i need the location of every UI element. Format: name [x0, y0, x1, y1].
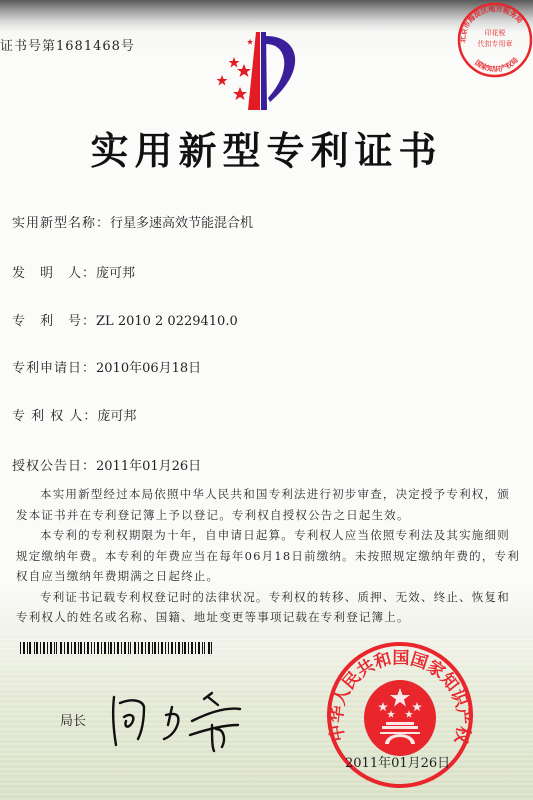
- field-inventor: 发 明 人：庞可邦: [12, 262, 135, 281]
- director-label: 局长: [60, 710, 86, 729]
- certificate-number: 证书号第1681468号: [0, 35, 135, 54]
- tax-seal-line2: 代扣专用章: [478, 39, 513, 48]
- field-value: 行星多速高效节能混合机: [110, 216, 253, 231]
- certificate-body: 本实用新型经过本局依照中华人民共和国专利法进行初步审查，决定授予专利权，颁发本证…: [16, 484, 521, 628]
- field-application-date: 专利申请日：2010年06月18日: [12, 357, 201, 376]
- certificate-title: 实用新型专利证书: [0, 120, 533, 175]
- field-label: 实用新型名称：: [12, 216, 110, 231]
- barcode: [20, 642, 212, 654]
- field-label: 发 明 人：: [12, 266, 96, 281]
- field-label: 授权公告日：: [12, 459, 96, 474]
- stamp-duty-seal-icon: 印花税 代扣专用章 北京市海淀区地方税务局 国家知识产权局: [435, 0, 533, 88]
- field-grant-date: 授权公告日：2011年01月26日: [12, 455, 201, 474]
- certificate-page: 证书号第1681468号 印花税 代扣专用章 北京市海淀区地方税务局 国家知识产…: [0, 0, 533, 800]
- sipo-logo-icon: [200, 30, 310, 110]
- body-paragraph-status: 专利证书记载专利权登记时的法律状况。专利权的转移、质押、无效、终止、恢复和专利权…: [16, 587, 521, 628]
- field-patentee: 专 利 权 人：庞可邦: [12, 405, 136, 424]
- field-value: ZL 2010 2 0229410.0: [96, 314, 238, 329]
- field-value: 2010年06月18日: [96, 361, 201, 376]
- field-label: 专 利 号：: [12, 314, 96, 329]
- director-signature: 田力普: [108, 685, 248, 755]
- national-emblem-icon: [364, 680, 436, 756]
- tax-seal-line1: 印花税: [485, 28, 506, 37]
- field-utility-model-name: 实用新型名称：行星多速高效节能混合机: [12, 212, 253, 231]
- body-paragraph-term: 本专利的专利权期限为十年，自申请日起算。专利权人应当依照专利法及其实施细则规定缴…: [16, 525, 521, 587]
- field-value: 庞可邦: [96, 266, 135, 281]
- body-paragraph-grant: 本实用新型经过本局依照中华人民共和国专利法进行初步审查，决定授予专利权，颁发本证…: [16, 484, 521, 525]
- field-value: 庞可邦: [97, 409, 136, 424]
- field-value: 2011年01月26日: [96, 459, 201, 474]
- field-label: 专利申请日：: [12, 361, 96, 376]
- field-patent-number: 专 利 号：ZL 2010 2 0229410.0: [12, 310, 238, 329]
- seal-date: 2011年01月26日: [345, 752, 450, 771]
- field-label: 专 利 权 人：: [12, 409, 97, 424]
